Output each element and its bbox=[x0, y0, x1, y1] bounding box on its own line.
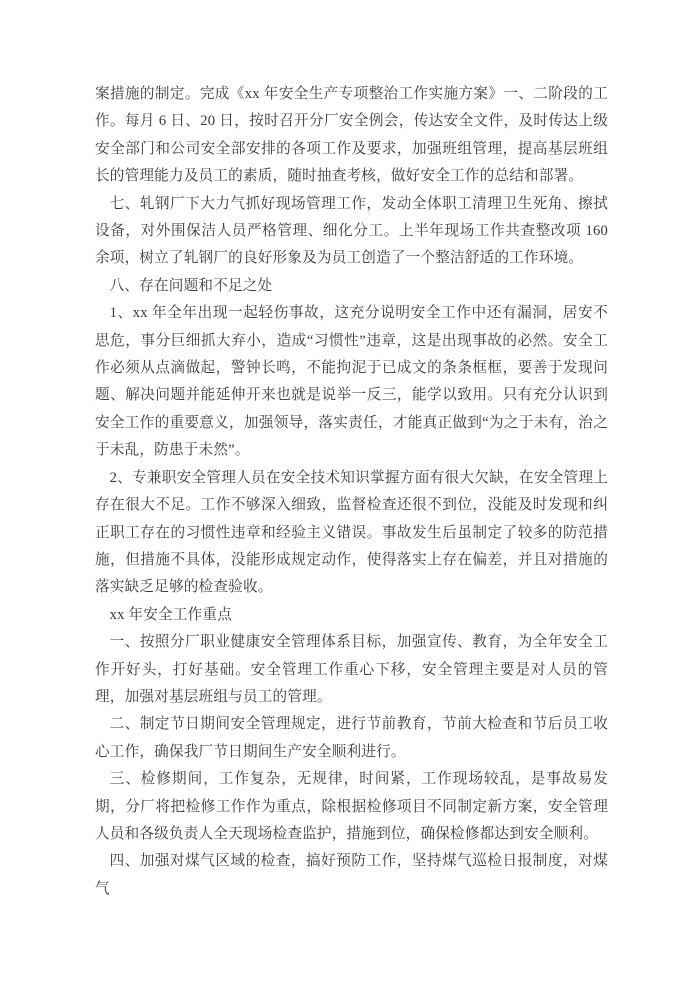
paragraph-section-7: 七、轧钢厂下大力气抓好现场管理工作，发动全体职工清理卫生死角、擦拭设备，对外围保… bbox=[95, 191, 608, 273]
paragraph-problem-2: 2、专兼职安全管理人员在安全技术知识掌握方面有很大欠缺，在安全管理上存在很大不足… bbox=[95, 465, 608, 602]
paragraph-keypoint-4: 四、加强对煤气区域的检查，搞好预防工作，坚持煤气巡检日报制度，对煤气 bbox=[95, 848, 608, 903]
document-page: 案措施的制定。完成《xx 年安全生产专项整治工作实施方案》一、二阶段的工作。每月… bbox=[0, 0, 700, 990]
paragraph-keypoints-heading: xx 年安全工作重点 bbox=[95, 602, 608, 629]
paragraph-keypoint-3: 三、检修期间，工作复杂，无规律，时间紧，工作现场较乱，是事故易发期，分厂将把检修… bbox=[95, 766, 608, 848]
paragraph-continuation: 案措施的制定。完成《xx 年安全生产专项整治工作实施方案》一、二阶段的工作。每月… bbox=[95, 81, 608, 191]
paragraph-keypoint-1: 一、按照分厂职业健康安全管理体系目标，加强宣传、教育，为全年安全工作开好头，打好… bbox=[95, 629, 608, 711]
paragraph-keypoint-2: 二、制定节日期间安全管理规定，进行节前教育，节前大检查和节后员工收心工作，确保我… bbox=[95, 711, 608, 766]
document-body: 案措施的制定。完成《xx 年安全生产专项整治工作实施方案》一、二阶段的工作。每月… bbox=[95, 81, 608, 903]
paragraph-section-8-heading: 八、存在问题和不足之处 bbox=[95, 273, 608, 300]
paragraph-problem-1: 1、xx 年全年出现一起轻伤事故，这充分说明安全工作中还有漏洞，居安不思危，事分… bbox=[95, 300, 608, 464]
